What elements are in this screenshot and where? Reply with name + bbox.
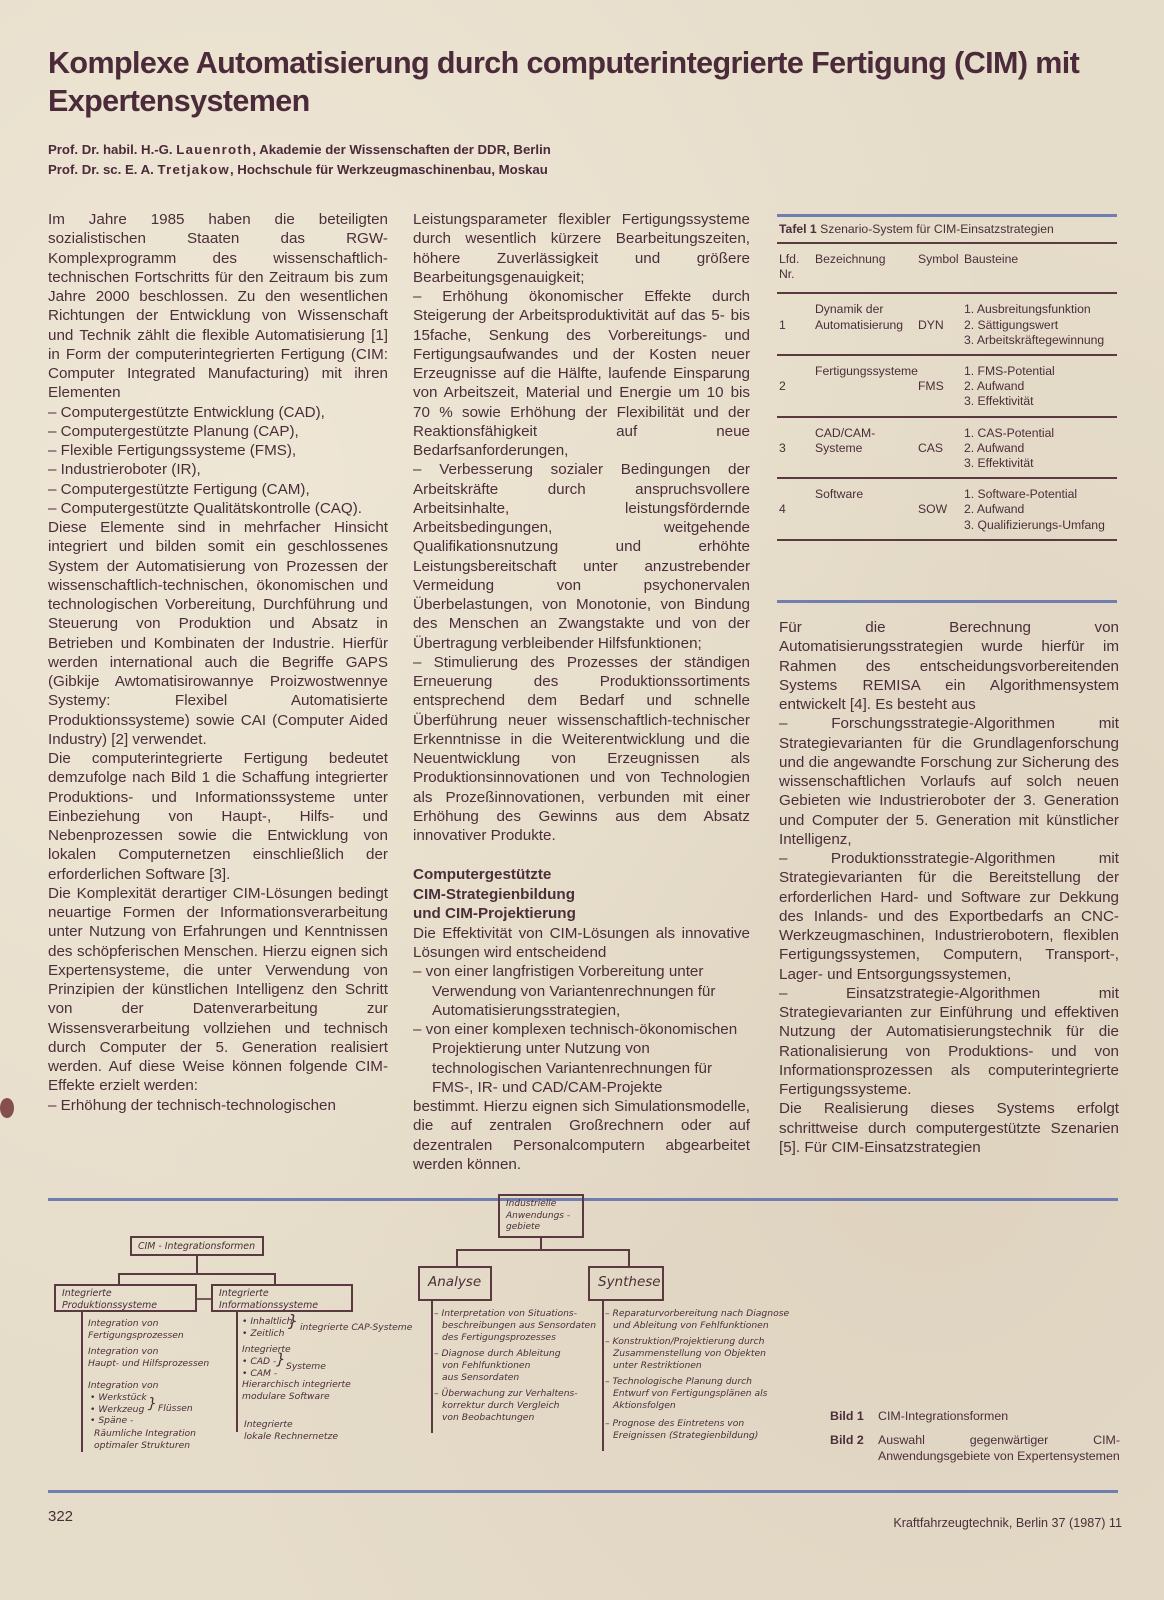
baustein: 2. Aufwand xyxy=(964,441,1117,456)
paragraph: – Verbesserung sozialer Bedingungen der … xyxy=(413,460,750,653)
fig1-flows-label: Flüssen xyxy=(158,1403,193,1415)
baustein: 3. Effektivität xyxy=(964,394,1117,409)
connector xyxy=(431,1301,433,1433)
list-item: – Flexible Fertigungssysteme (FMS), xyxy=(48,441,388,460)
cell-bezeichnung: Dynamik der Automatisierung xyxy=(815,293,918,355)
fig1-root-box: CIM - Integrationsformen xyxy=(130,1236,264,1256)
cell-bausteine: 1. FMS-Potential 2. Aufwand 3. Effektivi… xyxy=(964,355,1117,417)
cell-bausteine: 1. CAS-Potential 2. Aufwand 3. Effektivi… xyxy=(964,417,1117,479)
page-number: 322 xyxy=(48,1508,73,1525)
item-line: • Zeitlich xyxy=(242,1328,292,1340)
baustein: 3. Qualifizierungs-Umfang xyxy=(964,518,1117,533)
baustein: 3. Arbeitskräftegewinnung xyxy=(964,333,1117,348)
dashed-connector xyxy=(197,1298,211,1300)
item-line: Fertigungsprozessen xyxy=(88,1330,184,1342)
section-heading-line: Computergestützte xyxy=(413,865,750,885)
column-1: Im Jahre 1985 haben die beteiligten sozi… xyxy=(48,210,388,1115)
caption-text: Auswahl gegenwärtiger CIM-Anwendungsgebi… xyxy=(878,1432,1120,1464)
item-line: von Fehlfunktionen xyxy=(434,1360,561,1372)
fig2-analyse-item: – Überwachung zur Verhaltens- korrektur … xyxy=(434,1388,578,1423)
paragraph: bestimmt. Hierzu eignen sich Simulations… xyxy=(413,1097,750,1174)
paragraph: Leistungsparameter flexibler Fertigungss… xyxy=(413,210,750,287)
connector xyxy=(236,1312,238,1432)
paragraph: – Erhöhung ökonomischer Effekte durch St… xyxy=(413,287,750,460)
item-line: Prognose des Eintretens von xyxy=(613,1418,745,1429)
item-line: modulare Software xyxy=(242,1391,351,1403)
item-line: Haupt- und Hilfsprozessen xyxy=(88,1358,209,1370)
cell-nr: 4 xyxy=(777,478,815,540)
cell-symbol: FMS xyxy=(918,355,964,417)
fig1-left-item: Integration von Fertigungsprozessen xyxy=(88,1318,184,1342)
cell-nr: 2 xyxy=(777,355,815,417)
fig2-analyse-item: – Diagnose durch Ableitung von Fehlfunkt… xyxy=(434,1348,561,1383)
item-line: Konstruktion/Projektierung durch xyxy=(613,1336,765,1347)
cell-bezeichnung: Fertigungssysteme xyxy=(815,355,918,417)
list-item: – von einer langfristigen Vorbereitung u… xyxy=(413,962,750,1020)
caption-bild-2: Bild 2 Auswahl gegenwärtiger CIM-Anwendu… xyxy=(830,1432,1120,1464)
list-item: – Einsatzstrategie-Algorithmen mit Strat… xyxy=(779,984,1119,1100)
table-bottom-rule xyxy=(777,600,1117,603)
item-line: Integration von xyxy=(88,1318,184,1330)
brace-icon: } xyxy=(148,1399,157,1411)
item-line: • Späne - xyxy=(88,1415,158,1427)
author-2-name: Tretjakow xyxy=(157,162,230,177)
list-item: – von einer komplexen technisch-ökonomis… xyxy=(413,1020,750,1097)
paragraph: Die Komplexität derartiger CIM-Lösungen … xyxy=(48,884,388,1096)
baustein: 1. Ausbreitungsfunktion xyxy=(964,302,1117,317)
connector xyxy=(456,1249,630,1251)
item-line: Aktionsfolgen xyxy=(605,1400,767,1412)
item-line: Integration von xyxy=(88,1380,158,1392)
item-line: Entwurf von Fertigungsplänen als xyxy=(605,1388,767,1400)
baustein: 3. Effektivität xyxy=(964,456,1117,471)
table-caption-label: Tafel 1 xyxy=(779,222,817,236)
brace-icon: } xyxy=(288,1315,298,1327)
item-line: Zusammenstellung von Objekten xyxy=(605,1348,766,1360)
paragraph: Für die Berechnung von Automatisierungss… xyxy=(779,618,1119,714)
box-line: Industrielle xyxy=(506,1199,576,1211)
fig2-analyse-box: Analyse xyxy=(418,1266,492,1301)
item-line: optimaler Strukturen xyxy=(94,1440,196,1452)
author-1-name: Lauenroth xyxy=(176,142,252,157)
item-line: Diagnose durch Ableitung xyxy=(442,1348,561,1359)
section-heading-line: und CIM-Projektierung xyxy=(413,904,750,924)
fig1-cap-label: integrierte CAP-Systeme xyxy=(300,1322,412,1334)
connector xyxy=(628,1249,630,1267)
connector xyxy=(118,1273,276,1275)
baustein: 2. Aufwand xyxy=(964,379,1117,394)
fig1-right-item: Integrierte lokale Rechnernetze xyxy=(244,1419,338,1443)
cell-symbol: CAS xyxy=(918,417,964,479)
paragraph: – Erhöhung der technisch-technologischen xyxy=(48,1096,388,1115)
paragraph: Die Effektivität von CIM-Lösungen als in… xyxy=(413,924,750,963)
fig1-systeme-label: Systeme xyxy=(286,1361,326,1373)
item-line: des Fertigungsprozesses xyxy=(434,1332,596,1344)
author-1-affiliation: , Akademie der Wissenschaften der DDR, B… xyxy=(252,142,550,157)
header-nr: Lfd. Nr. xyxy=(777,244,815,293)
author-2: Prof. Dr. sc. E. A. Tretjakow, Hochschul… xyxy=(48,160,848,180)
table-header-row: Lfd. Nr. Bezeichnung Symbol Bausteine xyxy=(777,244,1117,293)
cell-symbol: DYN xyxy=(918,293,964,355)
item-line: Technologische Planung durch xyxy=(613,1376,753,1387)
fig1-box-produktionssysteme: Integrierte Produktionssysteme xyxy=(54,1284,197,1312)
header-bausteine: Bausteine xyxy=(964,244,1117,293)
table-row: 4 Software SOW 1. Software-Potential 2. … xyxy=(777,478,1117,540)
item-line: Überwachung zur Verhaltens- xyxy=(442,1388,578,1399)
header-symbol: Symbol xyxy=(918,244,964,293)
item-line: unter Restriktionen xyxy=(605,1360,766,1372)
section-heading: Computergestützte CIM-Strategienbildung … xyxy=(413,865,750,924)
cell-nr: 1 xyxy=(777,293,815,355)
list-item: – Forschungsstrategie-Algorithmen mit St… xyxy=(779,714,1119,849)
item-line: Ereignissen (Strategienbildung) xyxy=(605,1430,758,1442)
paragraph: Im Jahre 1985 haben die beteiligten sozi… xyxy=(48,210,388,403)
article-title: Komplexe Automatisierung durch computeri… xyxy=(48,44,1128,120)
list-item: – Computergestützte Fertigung (CAM), xyxy=(48,480,388,499)
list-item: – Produktionsstrategie-Algorithmen mit S… xyxy=(779,849,1119,984)
paragraph: – Stimulierung des Prozesses der ständig… xyxy=(413,653,750,846)
author-1-prefix: Prof. Dr. habil. H.-G. xyxy=(48,142,173,157)
brace-icon: } xyxy=(276,1354,286,1366)
item-line: lokale Rechnernetze xyxy=(244,1431,338,1443)
journal-reference: Kraftfahrzeugtechnik, Berlin 37 (1987) 1… xyxy=(893,1516,1122,1530)
item-line: Räumliche Integration xyxy=(94,1428,196,1440)
table-caption: Tafel 1 Szenario-System für CIM-Einsatzs… xyxy=(777,214,1117,244)
item-line: • CAM - xyxy=(242,1368,291,1380)
baustein: 2. Sättigungswert xyxy=(964,318,1117,333)
item-line: aus Sensordaten xyxy=(434,1372,561,1384)
table-row: 3 CAD/CAM-Systeme CAS 1. CAS-Potential 2… xyxy=(777,417,1117,479)
caption-text: CIM-Integrationsformen xyxy=(878,1408,1008,1424)
fig2-synthese-item: – Reparaturvorbereitung nach Diagnose un… xyxy=(605,1308,789,1332)
fig2-synthese-box: Synthese xyxy=(588,1266,664,1301)
connector xyxy=(456,1249,458,1267)
item-line: Interpretation von Situations- xyxy=(442,1308,578,1319)
paragraph: Die computerintegrierte Fertigung bedeut… xyxy=(48,749,388,884)
caption-bild-1: Bild 1 CIM-Integrationsformen xyxy=(830,1408,1120,1424)
baustein: 1. FMS-Potential xyxy=(964,364,1117,379)
box-line: Anwendungs - xyxy=(506,1211,576,1223)
header-bezeichnung: Bezeichnung xyxy=(815,244,918,293)
fig2-synthese-item: – Prognose des Eintretens von Ereignisse… xyxy=(605,1418,758,1442)
fig2-analyse-item: – Interpretation von Situations- beschre… xyxy=(434,1308,596,1343)
footer-rule xyxy=(48,1490,1118,1493)
fig2-root-box: Industrielle Anwendungs - gebiete xyxy=(498,1194,584,1238)
item-line: Integration von xyxy=(88,1346,209,1358)
table-1: Tafel 1 Szenario-System für CIM-Einsatzs… xyxy=(777,214,1117,541)
figures-area: CIM - Integrationsformen Integrierte Pro… xyxy=(48,1198,808,1458)
list-item: – Computergestützte Qualitätskontrolle (… xyxy=(48,499,388,518)
scenario-table: Lfd. Nr. Bezeichnung Symbol Bausteine 1 … xyxy=(777,244,1117,541)
table-row: 1 Dynamik der Automatisierung DYN 1. Aus… xyxy=(777,293,1117,355)
baustein: 1. Software-Potential xyxy=(964,487,1117,502)
author-list: Prof. Dr. habil. H.-G. Lauenroth, Akadem… xyxy=(48,140,848,180)
box-line: Integrierte xyxy=(62,1288,189,1300)
item-line: korrektur durch Vergleich xyxy=(434,1400,578,1412)
paragraph: Die Realisierung dieses Systems erfolgt … xyxy=(779,1099,1119,1157)
connector xyxy=(196,1256,198,1274)
connector xyxy=(81,1312,83,1452)
figure-captions: Bild 1 CIM-Integrationsformen Bild 2 Aus… xyxy=(830,1408,1120,1472)
box-line: Integrierte xyxy=(219,1288,345,1300)
fig1-left-item: Integration von Haupt- und Hilfsprozesse… xyxy=(88,1346,209,1370)
cell-bausteine: 1. Software-Potential 2. Aufwand 3. Qual… xyxy=(964,478,1117,540)
cell-bezeichnung: CAD/CAM-Systeme xyxy=(815,417,918,479)
box-line: Informationssysteme xyxy=(219,1300,345,1312)
table-row: 2 Fertigungssysteme FMS 1. FMS-Potential… xyxy=(777,355,1117,417)
box-line: gebiete xyxy=(506,1222,576,1234)
fig1-right-item: Hierarchisch integrierte modulare Softwa… xyxy=(242,1379,351,1403)
cell-bezeichnung: Software xyxy=(815,478,918,540)
list-item: – Industrieroboter (IR), xyxy=(48,460,388,479)
item-line: Hierarchisch integrierte xyxy=(242,1379,351,1391)
section-heading-line: CIM-Strategienbildung xyxy=(413,885,750,905)
caption-label: Bild 2 xyxy=(830,1432,878,1464)
item-line: • Inhaltlich xyxy=(242,1316,292,1328)
caption-label: Bild 1 xyxy=(830,1408,878,1424)
item-line: Reparaturvorbereitung nach Diagnose xyxy=(613,1308,790,1319)
item-line: beschreibungen aus Sensordaten xyxy=(434,1320,596,1332)
column-2: Leistungsparameter flexibler Fertigungss… xyxy=(413,210,750,1174)
fig1-left-item: Räumliche Integration optimaler Struktur… xyxy=(94,1428,196,1452)
column-3: Für die Berechnung von Automatisierungss… xyxy=(779,618,1119,1157)
cell-nr: 3 xyxy=(777,417,815,479)
ink-stain xyxy=(0,1098,14,1118)
fig1-box-informationssysteme: Integrierte Informationssysteme xyxy=(211,1284,353,1312)
item-line: von Beobachtungen xyxy=(434,1412,578,1424)
author-1: Prof. Dr. habil. H.-G. Lauenroth, Akadem… xyxy=(48,140,848,160)
table-caption-text: Szenario-System für CIM-Einsatzstrategie… xyxy=(817,222,1054,236)
author-2-prefix: Prof. Dr. sc. E. A. xyxy=(48,162,154,177)
paragraph: Diese Elemente sind in mehrfacher Hinsic… xyxy=(48,518,388,749)
list-item: – Computergestützte Entwicklung (CAD), xyxy=(48,403,388,422)
list-item: – Computergestützte Planung (CAP), xyxy=(48,422,388,441)
connector xyxy=(602,1301,604,1451)
baustein: 2. Aufwand xyxy=(964,502,1117,517)
author-2-affiliation: , Hochschule für Werkzeugmaschinenbau, M… xyxy=(230,162,548,177)
baustein: 1. CAS-Potential xyxy=(964,426,1117,441)
cell-bausteine: 1. Ausbreitungsfunktion 2. Sättigungswer… xyxy=(964,293,1117,355)
box-line: Produktionssysteme xyxy=(62,1300,189,1312)
cell-symbol: SOW xyxy=(918,478,964,540)
item-line: und Ableitung von Fehlfunktionen xyxy=(605,1320,789,1332)
fig1-right-item: • Inhaltlich • Zeitlich xyxy=(242,1316,292,1340)
fig2-synthese-item: – Konstruktion/Projektierung durch Zusam… xyxy=(605,1336,766,1371)
fig2-synthese-item: – Technologische Planung durch Entwurf v… xyxy=(605,1376,767,1411)
item-line: Integrierte xyxy=(244,1419,338,1431)
